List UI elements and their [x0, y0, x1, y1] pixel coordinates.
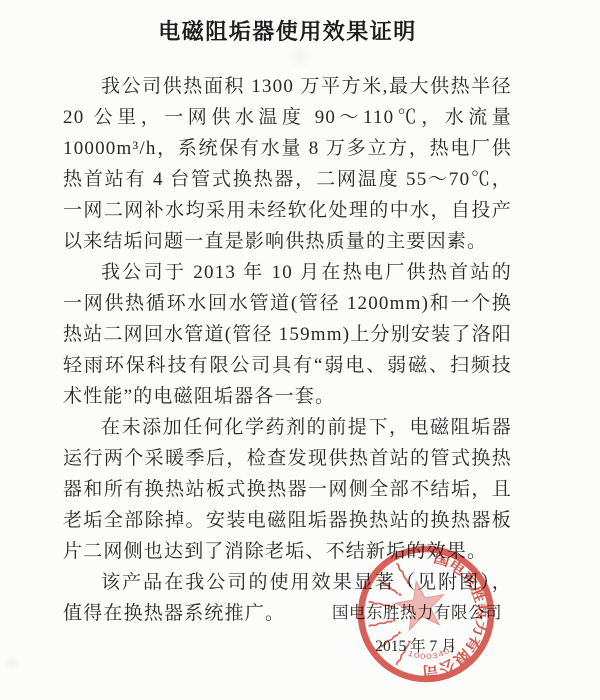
scanned-document-page: 电磁阻垢器使用效果证明 我公司供热面积 1300 万平方米,最大供热半径 20 … — [0, 0, 600, 700]
document-title: 电磁阻垢器使用效果证明 — [63, 18, 512, 46]
seal-star-icon — [392, 577, 449, 632]
paragraph: 我公司供热面积 1300 万平方米,最大供热半径 20 公里，一网供水温度 90… — [63, 71, 512, 257]
paragraph: 我公司于 2013 年 10 月在热电厂供热首站的一网供热循环水回水管道(管径 … — [63, 257, 512, 412]
official-seal: 国电东胜热力有限公司 10003403 — [337, 525, 515, 700]
